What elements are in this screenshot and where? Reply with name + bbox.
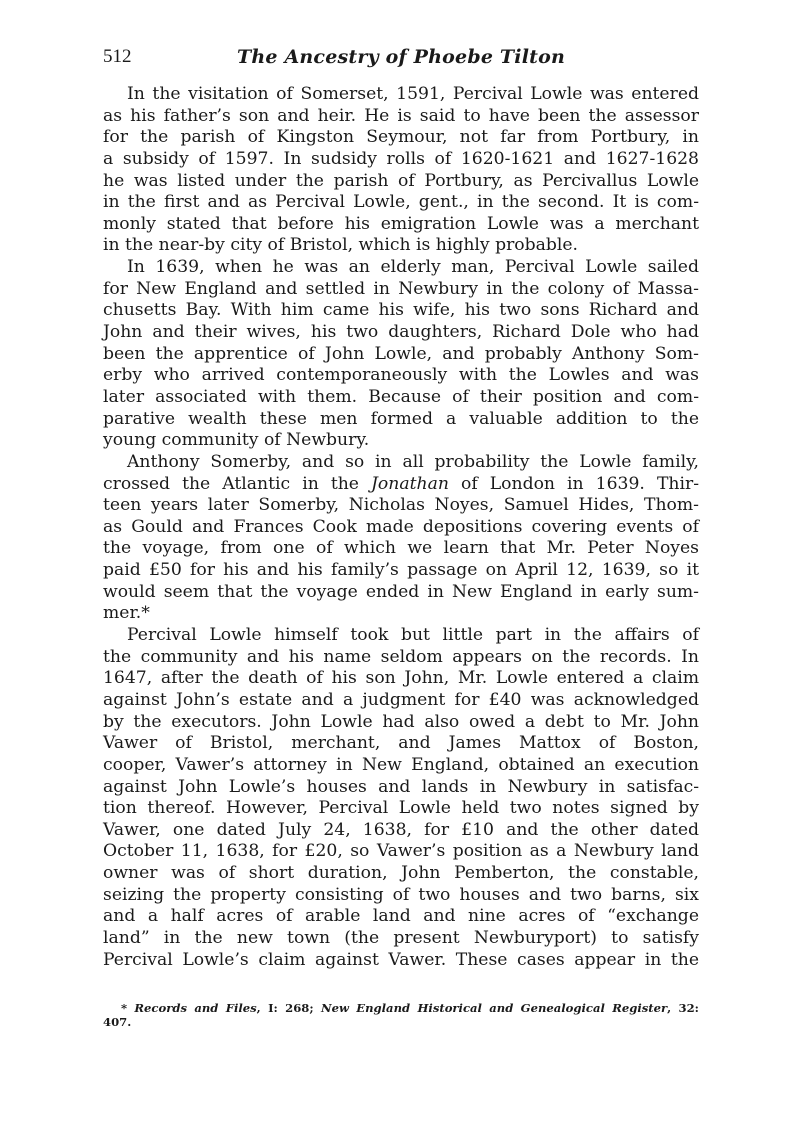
text-line: against John’s estate and a judgment for… — [103, 690, 699, 712]
text-line: Anthony Somerby, and so in all probabili… — [103, 452, 699, 474]
body-text: In the visitation of Somerset, 1591, Per… — [103, 84, 699, 971]
text-line: monly stated that before his emigration … — [103, 214, 699, 236]
text-line: John and their wives, his two daughters,… — [103, 322, 699, 344]
text-line: teen years later Somerby, Nicholas Noyes… — [103, 495, 699, 517]
footnote-ref: , I: 268; — [257, 1001, 321, 1015]
footnote-line: 407. — [103, 1015, 699, 1029]
text-line: mer.* — [103, 603, 699, 625]
text-line: paid £50 for his and his family’s passag… — [103, 560, 699, 582]
footnote-line: * Records and Files, I: 268; New England… — [103, 1001, 699, 1015]
text-line: Percival Lowle’s claim against Vawer. Th… — [103, 950, 699, 972]
text-line: for the parish of Kingston Seymour, not … — [103, 127, 699, 149]
text-line: against John Lowle’s houses and lands in… — [103, 777, 699, 799]
text-line: by the executors. John Lowle had also ow… — [103, 712, 699, 734]
footnote-source: Records and Files — [134, 1001, 256, 1015]
text-line: later associated with them. Because of t… — [103, 387, 699, 409]
text-line: in the first and as Percival Lowle, gent… — [103, 192, 699, 214]
text-line: a subsidy of 1597. In sudsidy rolls of 1… — [103, 149, 699, 171]
text-line: crossed the Atlantic in the Jonathan of … — [103, 474, 699, 496]
footnote-source: New England Historical and Genealogical … — [321, 1001, 667, 1015]
text-line: young community of Newbury. — [103, 430, 699, 452]
text-line: land” in the new town (the present Newbu… — [103, 928, 699, 950]
text-line: October 11, 1638, for £20, so Vawer’s po… — [103, 841, 699, 863]
text-line: Vawer of Bristol, merchant, and James Ma… — [103, 733, 699, 755]
page-header: 512 The Ancestry of Phoebe Tilton — [103, 46, 699, 70]
text-line: erby who arrived contemporaneously with … — [103, 365, 699, 387]
ship-name: Jonathan — [371, 474, 449, 494]
text-line: as Gould and Frances Cook made depositio… — [103, 517, 699, 539]
document-page: 512 The Ancestry of Phoebe Tilton In the… — [0, 0, 798, 1122]
running-title: The Ancestry of Phoebe Tilton — [103, 46, 699, 68]
text-line: chusetts Bay. With him came his wife, hi… — [103, 300, 699, 322]
text-line: owner was of short duration, John Pember… — [103, 863, 699, 885]
text-line: tion thereof. However, Percival Lowle he… — [103, 798, 699, 820]
text-line: as his father’s son and heir. He is said… — [103, 106, 699, 128]
text-line: the voyage, from one of which we learn t… — [103, 538, 699, 560]
text-fragment: of London in 1639. Thir- — [449, 474, 699, 494]
footnote-marker: * — [121, 1001, 134, 1015]
text-line: would seem that the voyage ended in New … — [103, 582, 699, 604]
footnote-ref: , 32: — [667, 1001, 699, 1015]
text-line: seizing the property consisting of two h… — [103, 885, 699, 907]
text-line: cooper, Vawer’s attorney in New England,… — [103, 755, 699, 777]
text-line: in the near-by city of Bristol, which is… — [103, 235, 699, 257]
text-line: Percival Lowle himself took but little p… — [103, 625, 699, 647]
text-line: for New England and settled in Newbury i… — [103, 279, 699, 301]
text-line: the community and his name seldom appear… — [103, 647, 699, 669]
footnote: * Records and Files, I: 268; New England… — [103, 1001, 699, 1029]
text-line: In the visitation of Somerset, 1591, Per… — [103, 84, 699, 106]
text-line: Vawer, one dated July 24, 1638, for £10 … — [103, 820, 699, 842]
text-line: and a half acres of arable land and nine… — [103, 906, 699, 928]
text-line: In 1639, when he was an elderly man, Per… — [103, 257, 699, 279]
text-line: been the apprentice of John Lowle, and p… — [103, 344, 699, 366]
text-line: 1647, after the death of his son John, M… — [103, 668, 699, 690]
text-line: parative wealth these men formed a valua… — [103, 409, 699, 431]
text-fragment: crossed the Atlantic in the — [103, 474, 371, 494]
text-line: he was listed under the parish of Portbu… — [103, 171, 699, 193]
